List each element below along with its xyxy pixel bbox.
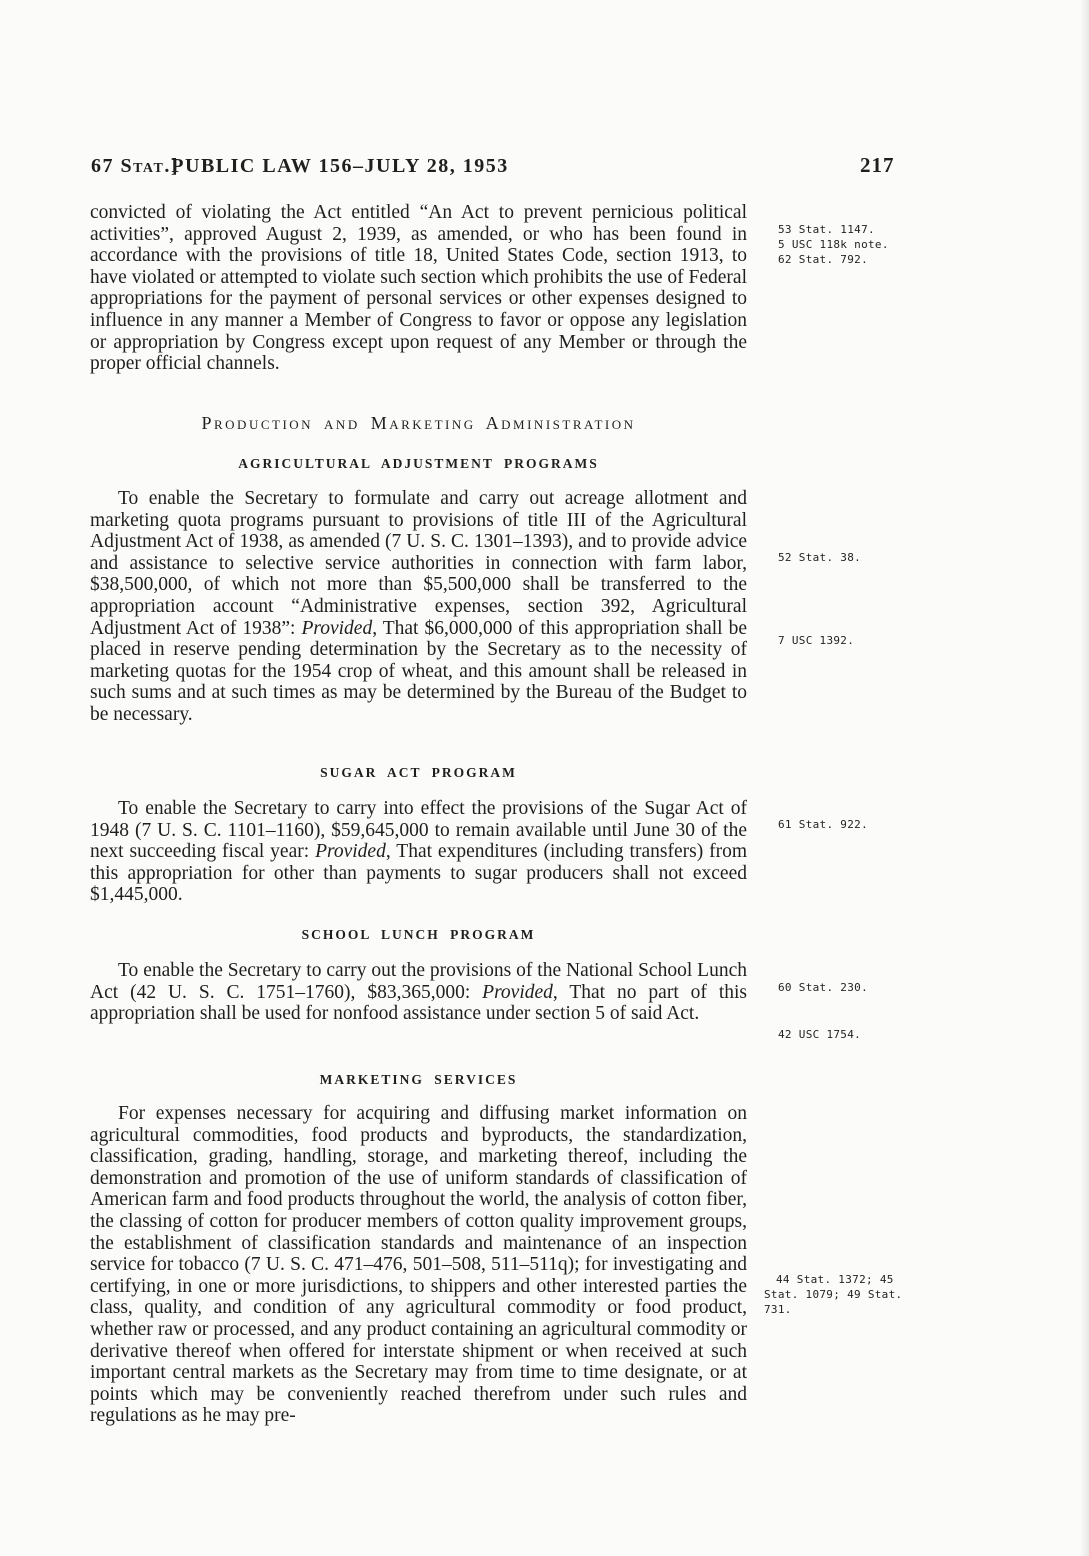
statute-page: 67 Stat.] PUBLIC LAW 156–JULY 28, 1953 2… (0, 0, 1089, 1556)
heading-sugar-act-program: SUGAR ACT PROGRAM (90, 765, 747, 781)
header-law-title: PUBLIC LAW 156–JULY 28, 1953 (90, 155, 590, 178)
margin-note-42-usc-1754: 42 USC 1754. (778, 1027, 920, 1042)
paragraph-sugar-act: To enable the Secretary to carry into ef… (90, 798, 747, 906)
paragraph-agricultural-adjustment: To enable the Secretary to formulate and… (90, 488, 747, 726)
heading-production-marketing-administration: Production and Marketing Administration (90, 413, 747, 434)
margin-note-stat-citations-tobacco: 44 Stat. 1372; 45 Stat. 1079; 49 Stat. 7… (764, 1272, 914, 1317)
heading-marketing-services: MARKETING SERVICES (90, 1072, 747, 1088)
heading-school-lunch-program: SCHOOL LUNCH PROGRAM (90, 927, 747, 943)
margin-note-61-stat-922: 61 Stat. 922. (778, 817, 920, 832)
heading-agricultural-adjustment-programs: AGRICULTURAL ADJUSTMENT PROGRAMS (90, 456, 747, 472)
margin-note-60-stat-230: 60 Stat. 230. (778, 980, 920, 995)
paragraph-pernicious-activities: convicted of violating the Act entitled … (90, 202, 747, 375)
paragraph-school-lunch: To enable the Secretary to carry out the… (90, 960, 747, 1025)
margin-note-stat-citations-1: 53 Stat. 1147. 5 USC 118k note. 62 Stat.… (778, 222, 920, 267)
paragraph-marketing-services: For expenses necessary for acquiring and… (90, 1103, 747, 1427)
margin-note-7-usc-1392: 7 USC 1392. (778, 633, 920, 648)
margin-note-52-stat-38: 52 Stat. 38. (778, 550, 920, 565)
page-scan-edge (1080, 0, 1089, 1556)
header-page-number: 217 (860, 153, 895, 178)
